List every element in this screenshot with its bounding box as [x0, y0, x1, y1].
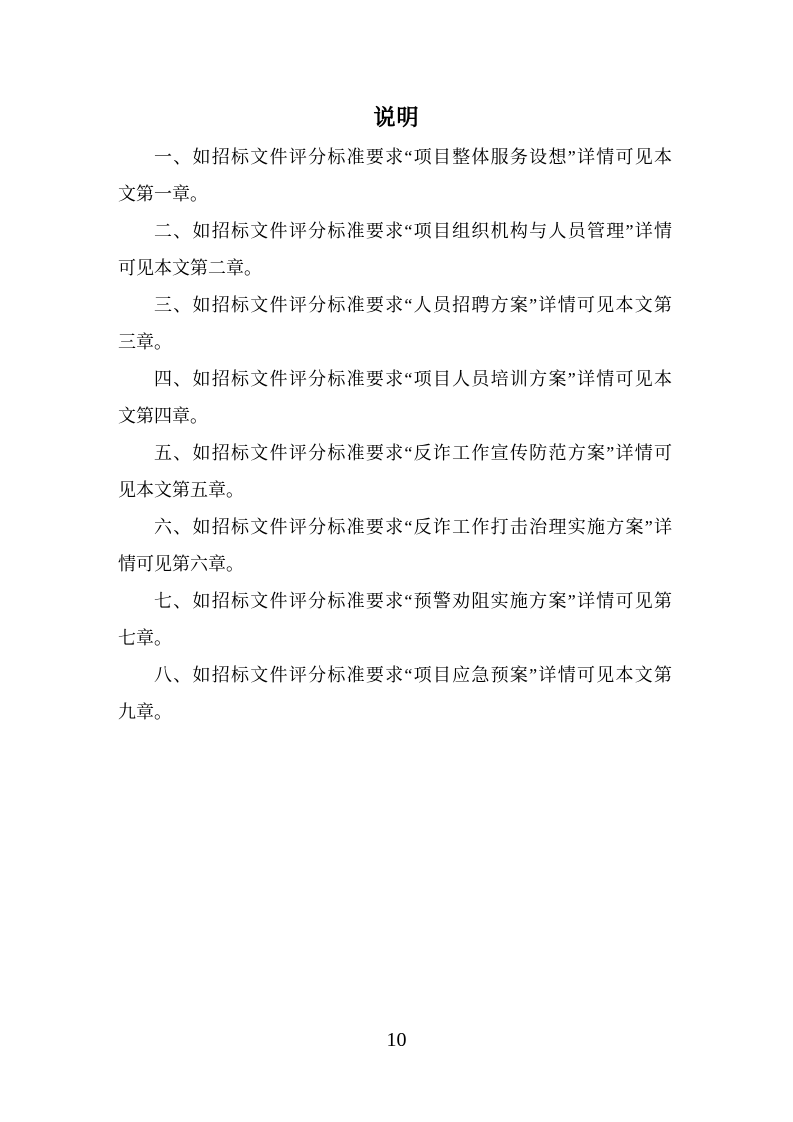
paragraph-line: 二、如招标文件评分标准要求“项目组织机构与人员管理”详情 [118, 213, 672, 250]
paragraph: 七、如招标文件评分标准要求“预警劝阻实施方案”详情可见第 七章。 [118, 583, 672, 657]
paragraph: 二、如招标文件评分标准要求“项目组织机构与人员管理”详情 可见本文第二章。 [118, 213, 672, 287]
paragraph-line: 六、如招标文件评分标准要求“反诈工作打击治理实施方案”详 [118, 509, 672, 546]
paragraph-line: 五、如招标文件评分标准要求“反诈工作宣传防范方案”详情可 [118, 435, 672, 472]
paragraph-line: 一、如招标文件评分标准要求“项目整体服务设想”详情可见本 [118, 139, 672, 176]
paragraph: 八、如招标文件评分标准要求“项目应急预案”详情可见本文第 九章。 [118, 657, 672, 731]
paragraph-line: 三、如招标文件评分标准要求“人员招聘方案”详情可见本文第 [118, 287, 672, 324]
paragraph: 六、如招标文件评分标准要求“反诈工作打击治理实施方案”详 情可见第六章。 [118, 509, 672, 583]
paragraph: 一、如招标文件评分标准要求“项目整体服务设想”详情可见本 文第一章。 [118, 139, 672, 213]
document-page: 说明 一、如招标文件评分标准要求“项目整体服务设想”详情可见本 文第一章。 二、… [0, 0, 793, 1122]
document-body: 一、如招标文件评分标准要求“项目整体服务设想”详情可见本 文第一章。 二、如招标… [118, 139, 672, 731]
paragraph: 四、如招标文件评分标准要求“项目人员培训方案”详情可见本 文第四章。 [118, 361, 672, 435]
paragraph-line: 文第四章。 [118, 398, 672, 435]
paragraph-line: 可见本文第二章。 [118, 250, 672, 287]
page-title: 说明 [0, 0, 793, 136]
page-number: 10 [0, 1025, 793, 1055]
paragraph-line: 九章。 [118, 694, 672, 731]
paragraph: 三、如招标文件评分标准要求“人员招聘方案”详情可见本文第 三章。 [118, 287, 672, 361]
paragraph-line: 七、如招标文件评分标准要求“预警劝阻实施方案”详情可见第 [118, 583, 672, 620]
paragraph-line: 八、如招标文件评分标准要求“项目应急预案”详情可见本文第 [118, 657, 672, 694]
paragraph-line: 见本文第五章。 [118, 472, 672, 509]
paragraph-line: 文第一章。 [118, 176, 672, 213]
paragraph-line: 七章。 [118, 620, 672, 657]
paragraph-line: 三章。 [118, 324, 672, 361]
paragraph-line: 四、如招标文件评分标准要求“项目人员培训方案”详情可见本 [118, 361, 672, 398]
paragraph-line: 情可见第六章。 [118, 546, 672, 583]
paragraph: 五、如招标文件评分标准要求“反诈工作宣传防范方案”详情可 见本文第五章。 [118, 435, 672, 509]
